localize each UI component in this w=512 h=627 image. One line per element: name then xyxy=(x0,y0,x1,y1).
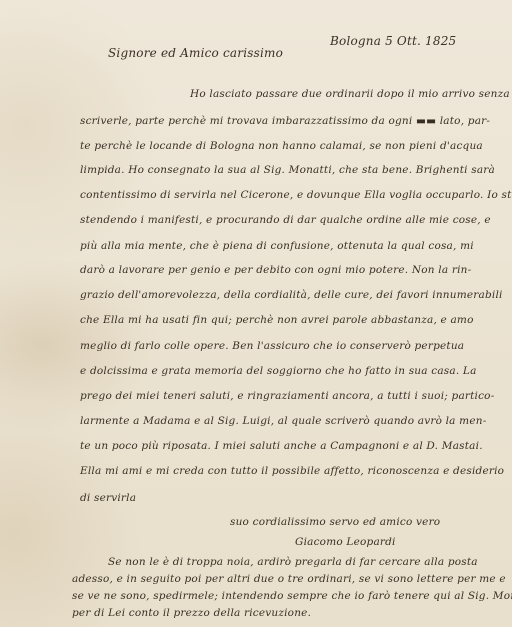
body-line: Ho lasciato passare due ordinarii dopo i… xyxy=(190,88,510,100)
body-line: te un poco più riposata. I miei saluti a… xyxy=(80,440,483,452)
body-line: che Ella mi ha usati fin qui; perchè non… xyxy=(80,314,474,326)
body-line: meglio di farlo colle opere. Ben l'assic… xyxy=(80,340,464,352)
body-line: darò a lavorare per genio e per debito c… xyxy=(80,264,471,276)
body-line: più alla mia mente, che è piena di confu… xyxy=(80,240,474,252)
body-line: te perchè le locande di Bologna non hann… xyxy=(80,140,483,152)
body-line: limpida. Ho consegnato la sua al Sig. Mo… xyxy=(80,164,495,176)
body-line: Ella mi ami e mi creda con tutto il poss… xyxy=(80,465,504,477)
closing: suo cordialissimo servo ed amico vero xyxy=(230,516,440,528)
salutation: Signore ed Amico carissimo xyxy=(108,46,283,60)
body-line: larmente a Madama e al Sig. Luigi, al qu… xyxy=(80,415,486,427)
body-line: scriverle, parte perchè mi trovava imbar… xyxy=(80,115,490,127)
postscript-line: Se non le è di troppa noia, ardirò prega… xyxy=(108,556,478,568)
body-line: prego dei miei teneri saluti, e ringrazi… xyxy=(80,390,494,402)
body-line: stendendo i manifesti, e procurando di d… xyxy=(80,214,491,226)
postscript-line: adesso, e in seguito poi per altri due o… xyxy=(72,573,506,585)
postscript-line: se ve ne sono, spedirmele; intendendo se… xyxy=(72,590,512,602)
place-date: Bologna 5 Ott. 1825 xyxy=(330,34,456,48)
body-line: di servirla xyxy=(80,492,136,504)
manuscript-letter: Bologna 5 Ott. 1825 Signore ed Amico car… xyxy=(0,0,512,627)
body-line: grazio dell'amorevolezza, della cordiali… xyxy=(80,289,503,301)
signature: Giacomo Leopardi xyxy=(295,536,396,548)
postscript-line: per di Lei conto il prezzo della ricevuz… xyxy=(72,607,311,619)
body-line: e dolcissima e grata memoria del soggior… xyxy=(80,365,477,377)
body-line: contentissimo di servirla nel Cicerone, … xyxy=(80,189,512,201)
